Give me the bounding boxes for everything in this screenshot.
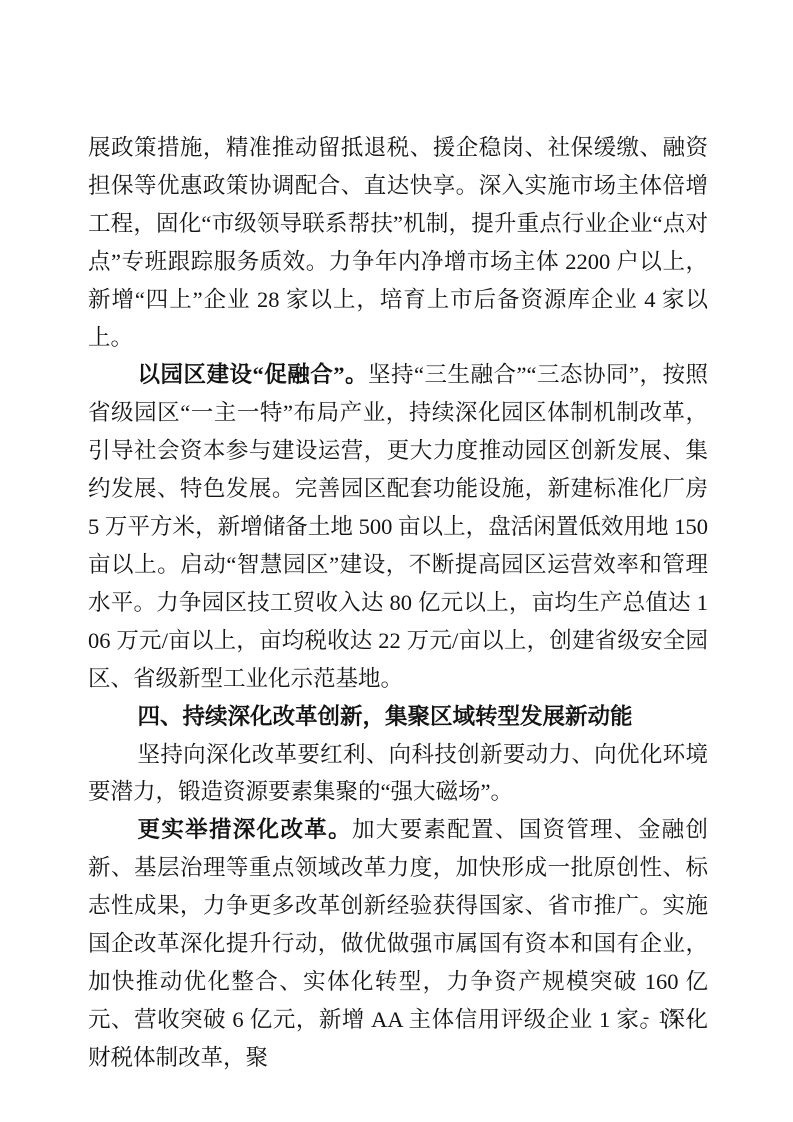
section-heading: 四、持续深化改革创新，集聚区域转型发展新动能: [88, 698, 708, 736]
paragraph: 展政策措施，精准推动留抵退税、援企稳岗、社保缓缴、融资担保等优惠政策协调配合、直…: [88, 129, 708, 356]
bold-lead-text: 更实举措深化改革。: [138, 817, 352, 842]
bold-lead-text: 以园区建设“促融合”。: [138, 362, 369, 387]
paragraph: 更实举措深化改革。加大要素配置、国资管理、金融创新、基层治理等重点领域改革力度，…: [88, 811, 708, 1076]
paragraph: 以园区建设“促融合”。坚持“三生融合”“三态协同”，按照省级园区“一主一特”布局…: [88, 356, 708, 697]
body-text: 展政策措施，精准推动留抵退税、援企稳岗、社保缓缴、融资担保等优惠政策协调配合、直…: [88, 135, 708, 350]
body-text: 坚持向深化改革要红利、向科技创新要动力、向优化环境要潜力，锻造资源要素集聚的“强…: [88, 742, 708, 805]
document-page: 展政策措施，精准推动留抵退税、援企稳岗、社保缓缴、融资担保等优惠政策协调配合、直…: [0, 0, 793, 1122]
body-text: 加大要素配置、国资管理、金融创新、基层治理等重点领域改革力度，加快形成一批原创性…: [88, 817, 708, 1069]
document-content: 展政策措施，精准推动留抵退税、援企稳岗、社保缓缴、融资担保等优惠政策协调配合、直…: [88, 129, 708, 1077]
body-text: 坚持“三生融合”“三态协同”，按照省级园区“一主一特”布局产业，持续深化园区体制…: [88, 362, 708, 690]
page-number: - 15 -: [643, 1007, 696, 1029]
paragraph: 坚持向深化改革要红利、向科技创新要动力、向优化环境要潜力，锻造资源要素集聚的“强…: [88, 736, 708, 812]
bold-lead-text: 四、持续深化改革创新，集聚区域转型发展新动能: [138, 704, 633, 729]
